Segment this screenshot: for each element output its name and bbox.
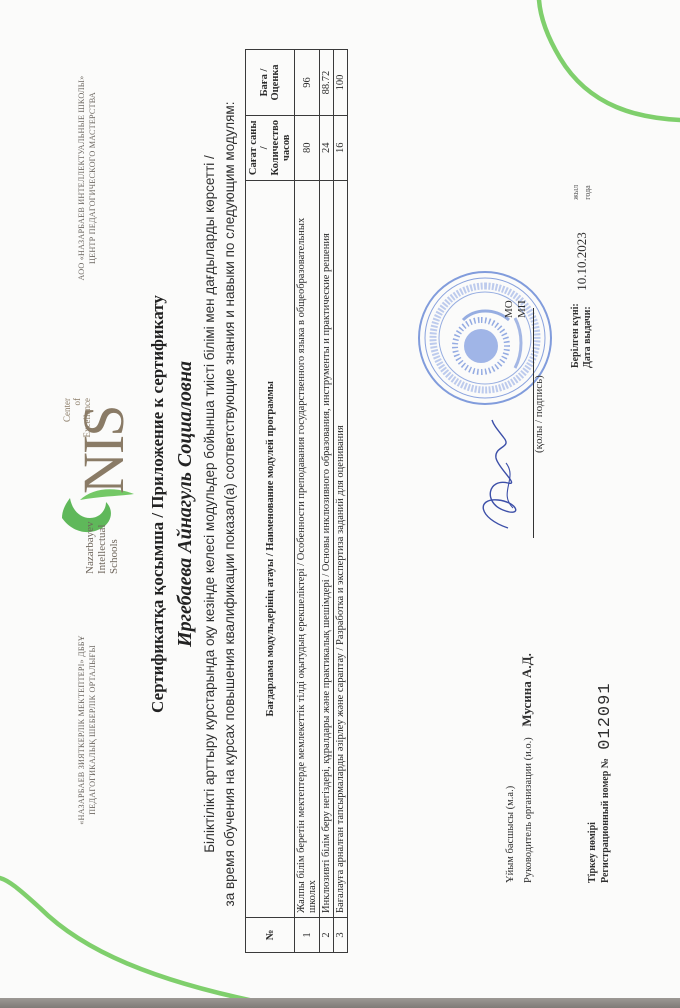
signature-caption: (қолы / подпись) <box>533 375 545 453</box>
recipient-name: Иргебаева Айнагуль Социаловна <box>174 0 197 1008</box>
org-ru-line-1: АОО «НАЗАРБАЕВ ИНТЕЛЛЕКТУАЛЬНЫЕ ШКОЛЫ» <box>76 48 87 308</box>
row-num: 1 <box>295 918 320 953</box>
scan-edge-bottom <box>0 998 680 1008</box>
stamp-note-ru: МП <box>516 300 529 318</box>
registration-label-ru: Регистрационный номер № <box>600 758 611 883</box>
row-module-name: Жалпы білім беретін мектептерде мемлекет… <box>295 180 320 917</box>
intro-line-ru: за время обучения на курсах повышения кв… <box>220 0 240 1008</box>
registration-block: Тіркеу нөмірі Регистрационный номер № 01… <box>586 682 612 883</box>
org-kz-line-2: ПЕДАГОГИКАЛЫҚ ШЕБЕРЛІК ОРТАЛЫҒЫ <box>87 600 98 860</box>
signatory-title-kz: Ұйым басшысы (м.а.) <box>503 653 519 883</box>
issue-label-kz: Берілген күні: <box>570 303 582 368</box>
table-header-row: № Бағдарлама модульдерінің атауы / Наиме… <box>246 50 295 953</box>
registration-line: Регистрационный номер № 012091 <box>599 682 612 883</box>
intro-text: Біліктілікті арттыру курстарында оқу кез… <box>200 0 240 1008</box>
handwritten-signature <box>468 418 538 538</box>
header: «НАЗАРБАЕВ ЗИЯТКЕРЛІК МЕКТЕПТЕРІ» ДББҰ П… <box>62 0 142 1008</box>
modules-table: № Бағдарлама модульдерінің атауы / Наиме… <box>245 49 348 953</box>
row-hours: 24 <box>320 116 334 181</box>
registration-number: 012091 <box>596 682 615 749</box>
certificate-page: «НАЗАРБАЕВ ЗИЯТКЕРЛІК МЕКТЕПТЕРІ» ДББҰ П… <box>0 0 680 1008</box>
org-name-ru: АОО «НАЗАРБАЕВ ИНТЕЛЛЕКТУАЛЬНЫЕ ШКОЛЫ» Ц… <box>76 48 98 308</box>
year-label-ru: года <box>582 185 594 200</box>
row-grade: 100 <box>334 50 348 116</box>
col-header-hours: Сағат саны / Количество часов <box>246 116 295 181</box>
row-hours: 16 <box>334 116 348 181</box>
logo-word-1: Nazarbayev <box>84 521 96 574</box>
year-label-kz: жыл <box>570 185 582 200</box>
row-grade: 88.72 <box>320 50 334 116</box>
logo-word-2: Intellectual <box>96 521 108 574</box>
signatory-title-ru: Руководитель организации (и.о.) <box>523 737 534 883</box>
row-module-name: Инклюзивті білім беру негіздері, құралда… <box>320 180 334 917</box>
table-row: 3 Бағалауға арналған тапсырмаларды әзірл… <box>334 50 348 953</box>
issue-date-labels: Берілген күні: Дата выдачи: <box>570 303 594 368</box>
org-ru-line-2: ЦЕНТР ПЕДАГОГИЧЕСКОГО МАСТЕРСТВА <box>87 48 98 308</box>
year-suffix: жыл года <box>570 185 594 200</box>
signatory-name: Мусина А.Д. <box>519 653 534 727</box>
issue-label-ru: Дата выдачи: <box>582 303 594 368</box>
table-row: 2 Инклюзивті білім беру негіздері, құрал… <box>320 50 334 953</box>
logo-sub-1: Center <box>62 398 72 438</box>
issue-date-block: Берілген күні: Дата выдачи: 10.10.2023 ж… <box>570 185 594 368</box>
stamp-place-note: МО МП <box>503 300 529 318</box>
signatory-block: Ұйым басшысы (м.а.) Руководитель организ… <box>503 653 537 883</box>
issue-date: 10.10.2023 <box>576 232 588 291</box>
table-row: 1 Жалпы білім беретін мектептерде мемлек… <box>295 50 320 953</box>
row-num: 2 <box>320 918 334 953</box>
logo-wordmark: Nazarbayev Intellectual Schools <box>84 521 120 574</box>
col-header-num: № <box>246 918 295 953</box>
row-hours: 80 <box>295 116 320 181</box>
row-num: 3 <box>334 918 348 953</box>
nis-logo: Nazarbayev Intellectual Schools NIS Cent… <box>62 398 138 588</box>
col-header-grade: Баға / Оценка <box>246 50 295 116</box>
signatory-title-ru-line: Руководитель организации (и.о.) Мусина А… <box>519 653 537 883</box>
row-grade: 96 <box>295 50 320 116</box>
intro-line-kz: Біліктілікті арттыру курстарында оқу кез… <box>200 0 220 1008</box>
document-title: Сертификатқа қосымша / Приложение к серт… <box>148 0 168 1008</box>
logo-sub-2: of Excellence <box>72 398 92 438</box>
logo-subtitle: Center of Excellence <box>62 398 92 438</box>
org-name-kz: «НАЗАРБАЕВ ЗИЯТКЕРЛІК МЕКТЕПТЕРІ» ДББҰ П… <box>76 600 98 860</box>
col-header-name: Бағдарлама модульдерінің атауы / Наимено… <box>246 180 295 917</box>
org-kz-line-1: «НАЗАРБАЕВ ЗИЯТКЕРЛІК МЕКТЕПТЕРІ» ДББҰ <box>76 600 87 860</box>
logo-word-3: Schools <box>108 521 120 574</box>
row-module-name: Бағалауға арналған тапсырмаларды әзірлеу… <box>334 180 348 917</box>
stamp-note-kz: МО <box>503 300 516 318</box>
